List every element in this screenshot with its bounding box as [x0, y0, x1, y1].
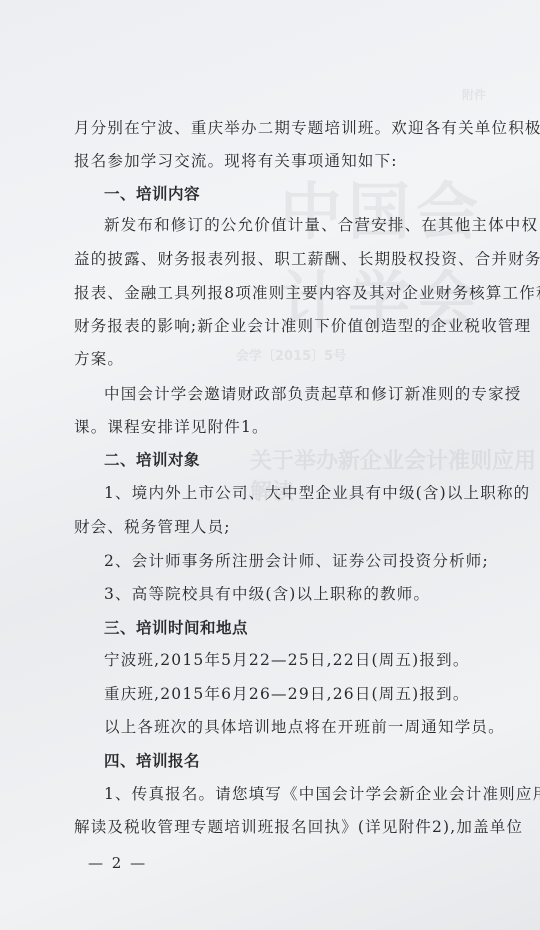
page-number: — 2 — [88, 854, 147, 872]
text-line: 宁波班,2015年5月22—25日,22日(周五)报到。 [104, 650, 470, 670]
text-line: 益的披露、财务报表列报、职工薪酬、长期股权投资、合并财务 [74, 249, 540, 269]
text-line: 方案。 [74, 349, 124, 369]
text-line: 月分别在宁波、重庆举办二期专题培训班。欢迎各有关单位积极 [74, 118, 540, 138]
document-page: 附件 中国会计学会 会学〔2015〕5号 关于举办新企业会计准则应用解读 月分别… [0, 0, 540, 930]
text-line: 报表、金融工具列报8项准则主要内容及其对企业财务核算工作和 [74, 283, 540, 303]
section-heading: 三、培训时间和地点 [104, 618, 248, 638]
text-line: 财会、税务管理人员; [74, 517, 231, 537]
watermark-doc-number: 会学〔2015〕5号 [236, 345, 346, 364]
text-line: 中国会计学会邀请财政部负责起草和修订新准则的专家授 [104, 384, 522, 404]
section-heading: 二、培训对象 [104, 450, 200, 470]
text-line: 课。课程安排详见附件1。 [74, 417, 269, 437]
text-line: 1、境内外上市公司、大中型企业具有中级(含)以上职称的 [104, 483, 530, 503]
text-line: 重庆班,2015年6月26—29日,26日(周五)报到。 [104, 684, 470, 704]
text-line: 新发布和修订的公允价值计量、合营安排、在其他主体中权 [104, 215, 538, 235]
text-line: 2、会计师事务所注册会计师、证券公司投资分析师; [104, 551, 489, 571]
text-line: 财务报表的影响;新企业会计准则下价值创造型的企业税收管理 [74, 316, 531, 336]
section-heading: 一、培训内容 [104, 184, 200, 204]
text-line: 3、高等院校具有中级(含)以上职称的教师。 [104, 584, 430, 604]
text-line: 以上各班次的具体培训地点将在开班前一周通知学员。 [104, 717, 505, 737]
text-line: 报名参加学习交流。现将有关事项通知如下: [74, 151, 398, 171]
text-line: 1、传真报名。请您填写《中国会计学会新企业会计准则应用 [104, 784, 540, 804]
section-heading: 四、培训报名 [104, 751, 200, 771]
text-line: 解读及税收管理专题培训班报名回执》(详见附件2),加盖单位 [74, 817, 523, 837]
watermark-corner-label: 附件 [462, 86, 486, 103]
